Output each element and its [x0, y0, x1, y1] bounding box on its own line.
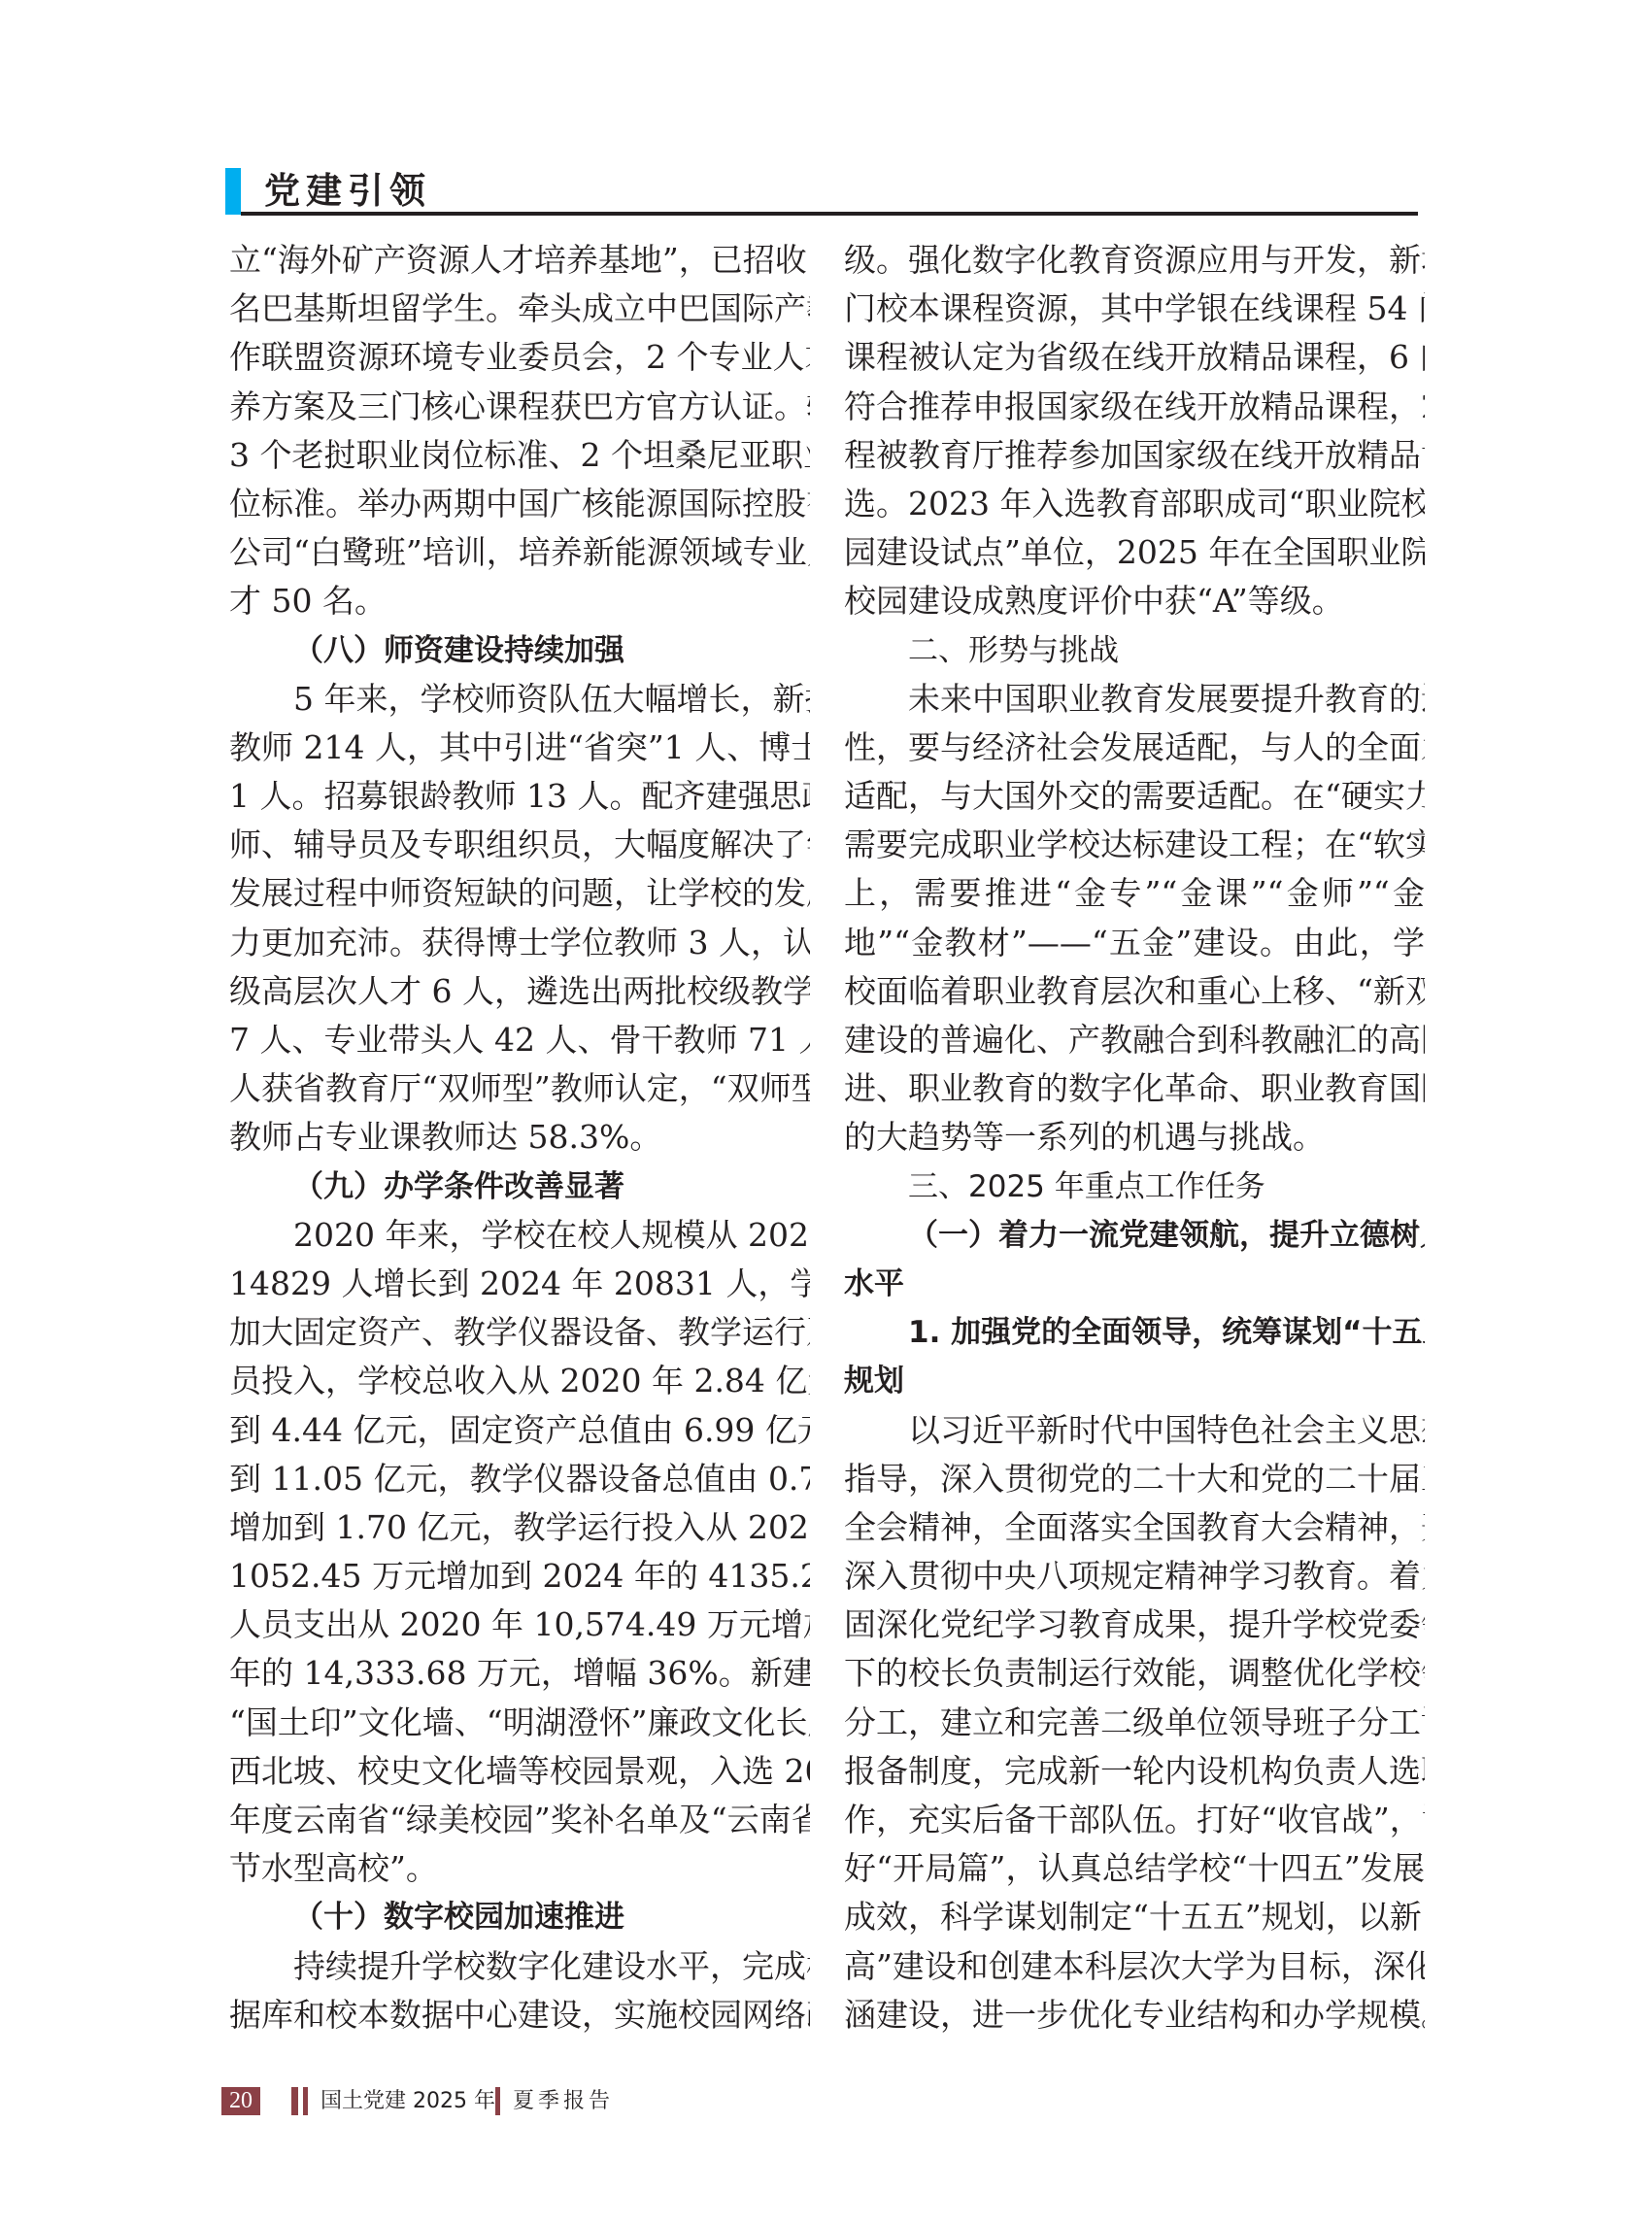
- section-heading: 三、2025 年重点工作任务: [844, 1163, 1425, 1211]
- body-line: 固深化党纪学习教育成果，提升学校党委领导: [844, 1601, 1425, 1649]
- body-line: 增加到 1.70 亿元，教学运行投入从 2020 年的: [229, 1503, 810, 1552]
- body-line: 报备制度，完成新一轮内设机构负责人选聘工: [844, 1747, 1425, 1796]
- section-title: 党建引领: [264, 170, 431, 211]
- body-line: 年度云南省“绿美校园”奖补名单及“云南省: [229, 1796, 810, 1844]
- body-line: 上，需要推进“金专”“金课”“金师”“金: [844, 869, 1425, 918]
- paragraph-start-line: 未来中国职业教育发展要提升教育的适配: [844, 675, 1425, 724]
- body-line: 到 4.44 亿元，固定资产总值由 6.99 亿元增加: [229, 1406, 810, 1455]
- body-line: 进、职业教育的数字化革命、职业教育国际化: [844, 1064, 1425, 1113]
- body-line: 年的 14,333.68 万元，增幅 36%。新建澄怀路、: [229, 1649, 810, 1698]
- body-line: 程被教育厅推荐参加国家级在线开放精品课程遴: [844, 431, 1425, 480]
- body-line: 名巴基斯坦留学生。牵头成立中巴国际产教合: [229, 285, 810, 333]
- body-line: 级高层次人才 6 人，遴选出两批校级教学名师: [229, 967, 810, 1016]
- body-line: 作，充实后备干部队伍。打好“收官战”，谋: [844, 1796, 1425, 1844]
- body-line: 园建设试点”单位，2025 年在全国职业院校智慧: [844, 528, 1425, 577]
- body-line: 加大固定资产、教学仪器设备、教学运行及人: [229, 1308, 810, 1357]
- body-line: 养方案及三门核心课程获巴方官方认证。输出: [229, 383, 810, 431]
- body-line: “国土印”文化墙、“明湖澄怀”廉政文化长廊、: [229, 1699, 810, 1747]
- subsection-heading: （一）着力一流党建领航，提升立德树人: [844, 1211, 1425, 1260]
- body-line: 到 11.05 亿元，教学仪器设备总值由 0.72 亿元: [229, 1455, 810, 1503]
- body-line: 校面临着职业教育层次和重心上移、“新双高”: [844, 967, 1425, 1016]
- issue-name: 夏季报告: [513, 2087, 614, 2115]
- body-line: 7 人、专业带头人 42 人、骨干教师 71 人，130: [229, 1016, 810, 1064]
- header-accent-bar: [225, 168, 241, 215]
- body-line: 下的校长负责制运行效能，调整优化学校领导: [844, 1649, 1425, 1698]
- body-line: 地”“金教材”——“五金”建设。由此，学: [844, 919, 1425, 967]
- body-line: 作联盟资源环境专业委员会，2 个专业人才培: [229, 333, 810, 382]
- paragraph-end-line: 的大趋势等一系列的机遇与挑战。: [844, 1113, 1425, 1162]
- body-line: 14829 人增长到 2024 年 20831 人，学校持续: [229, 1260, 810, 1308]
- paragraph-end-line: 教师占专业课教师达 58.3%。: [229, 1113, 810, 1162]
- body-line: 人获省教育厅“双师型”教师认定，“双师型”: [229, 1064, 810, 1113]
- subsection-heading: （九）办学条件改善显著: [229, 1163, 810, 1211]
- body-line: 指导，深入贯彻党的二十大和党的二十届三中: [844, 1455, 1425, 1503]
- body-line: 选。2023 年入选教育部职成司“职业院校数字校: [844, 480, 1425, 528]
- body-line: 教师 214 人，其中引进“省突”1 人、博士后: [229, 724, 810, 772]
- body-line: 位标准。举办两期中国广核能源国际控股有限: [229, 480, 810, 528]
- body-line: 据库和校本数据中心建设，实施校园网络改造升: [229, 1991, 810, 2040]
- body-line: 符合推荐申报国家级在线开放精品课程，2 门课: [844, 383, 1425, 431]
- body-line: 员投入，学校总收入从 2020 年 2.84 亿元增加: [229, 1357, 810, 1405]
- paragraph-start-line: 以习近平新时代中国特色社会主义思想为: [844, 1406, 1425, 1455]
- body-line: 全会精神，全面落实全国教育大会精神，开展: [844, 1503, 1425, 1552]
- paragraph-start-line: 持续提升学校数字化建设水平，完成校园数: [229, 1942, 810, 1991]
- body-line: 门校本课程资源，其中学银在线课程 54 门，9 门: [844, 285, 1425, 333]
- footer-divider-bar: [303, 2087, 308, 2115]
- body-line: 发展过程中师资短缺的问题，让学校的发展活: [229, 869, 810, 918]
- header-rule: [241, 212, 1418, 216]
- body-line: 适配，与大国外交的需要适配。在“硬实力”上，: [844, 772, 1425, 821]
- body-line: 级。强化数字化教育资源应用与开发，新增 424: [844, 236, 1425, 285]
- left-column: 立“海外矿产资源人才培养基地”，已招收 39名巴基斯坦留学生。牵头成立中巴国际产…: [229, 236, 810, 2040]
- body-line: 好“开局篇”，认真总结学校“十四五”发展: [844, 1844, 1425, 1893]
- footer-separator-bar: [495, 2087, 500, 2115]
- paragraph-start-line: 2020 年来，学校在校人规模从 2020 年: [229, 1211, 810, 1260]
- body-line: 立“海外矿产资源人才培养基地”，已招收 39: [229, 236, 810, 285]
- paragraph-end-line: 校园建设成熟度评价中获“A”等级。: [844, 577, 1425, 625]
- subsection-heading: （十）数字校园加速推进: [229, 1893, 810, 1941]
- paragraph-end-line: 才 50 名。: [229, 577, 810, 625]
- section-heading: 二、形势与挑战: [844, 626, 1425, 675]
- body-line: 需要完成职业学校达标建设工程；在“软实力”: [844, 821, 1425, 869]
- body-line: 课程被认定为省级在线开放精品课程，6 门课程: [844, 333, 1425, 382]
- section-header: 党建引领: [225, 168, 1418, 217]
- subsection-heading-cont: 水平: [844, 1260, 1425, 1308]
- footer-divider-bar: [291, 2087, 298, 2115]
- body-line: 1052.45 万元增加到 2024 年的 4135.29 万元；: [229, 1552, 810, 1601]
- body-line: 3 个老挝职业岗位标准、2 个坦桑尼亚职业岗: [229, 431, 810, 480]
- paragraph-end-line: 节水型高校”。: [229, 1844, 810, 1893]
- magazine-name: 国土党建 2025 年: [320, 2087, 495, 2115]
- body-line: 人员支出从 2020 年 10,574.49 万元增加到 2024: [229, 1601, 810, 1649]
- body-line: 力更加充沛。获得博士学位教师 3 人，认定校: [229, 919, 810, 967]
- subsection-heading: （八）师资建设持续加强: [229, 626, 810, 675]
- body-line: 高”建设和创建本科层次大学为目标，深化内: [844, 1942, 1425, 1991]
- body-line: 性，要与经济社会发展适配，与人的全面发展: [844, 724, 1425, 772]
- paragraph-end-line: 涵建设，进一步优化专业结构和办学规模。: [844, 1991, 1425, 2040]
- body-line: 分工，建立和完善二级单位领导班子分工调整: [844, 1699, 1425, 1747]
- page-number: 20: [221, 2087, 260, 2115]
- body-line: 西北坡、校史文化墙等校园景观，入选 2023: [229, 1747, 810, 1796]
- subsection-heading-cont: 规划: [844, 1357, 1425, 1405]
- body-line: 师、辅导员及专职组织员，大幅度解决了学校: [229, 821, 810, 869]
- paragraph-start-line: 5 年来，学校师资队伍大幅增长，新招聘: [229, 675, 810, 724]
- body-line: 公司“白鹭班”培训，培养新能源领域专业人: [229, 528, 810, 577]
- body-line: 深入贯彻中央八项规定精神学习教育。着力巩: [844, 1552, 1425, 1601]
- body-line: 成效，科学谋划制定“十五五”规划，以新“双: [844, 1893, 1425, 1941]
- right-column: 级。强化数字化教育资源应用与开发，新增 424门校本课程资源，其中学银在线课程 …: [844, 236, 1425, 2040]
- subsection-heading: 1. 加强党的全面领导，统筹谋划“十五五”: [844, 1308, 1425, 1357]
- body-line: 1 人。招募银龄教师 13 人。配齐建强思政课教: [229, 772, 810, 821]
- body-line: 建设的普遍化、产教融合到科教融汇的高阶递: [844, 1016, 1425, 1064]
